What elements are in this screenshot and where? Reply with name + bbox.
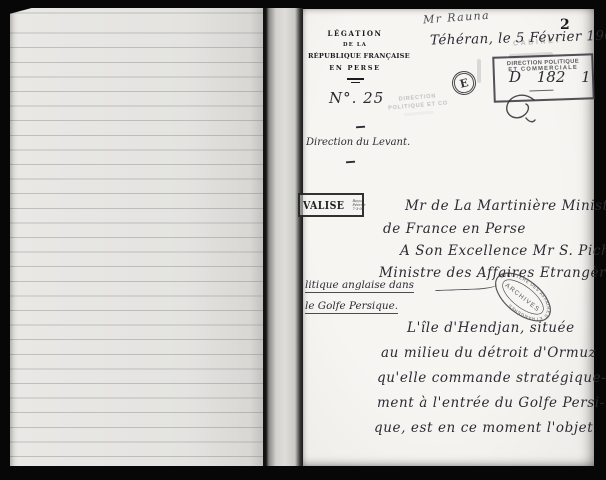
circled-e-stamp: E (449, 68, 478, 97)
letterhead-title: LÉGATION (308, 29, 402, 38)
letter-page: Mr Rauna 2 Téhéran, le 5 Février 1908 LÉ… (303, 9, 594, 466)
direction-ghost-stamp: DIRECTION POLITIQUE ET CO (387, 91, 449, 117)
margin-subject-line1: litique anglaise dans (305, 279, 414, 293)
book-gutter (263, 8, 303, 466)
service-note: Direction du Levant. (306, 137, 410, 148)
document-number: N°. 25 (329, 89, 384, 107)
manuscript-underline (529, 90, 553, 92)
letterhead-rule (347, 78, 364, 80)
letterhead-line3: RÉPUBLIQUE FRANÇAISE (308, 52, 402, 60)
scanned-letter-spread: Mr Rauna 2 Téhéran, le 5 Février 1908 LÉ… (0, 0, 606, 480)
ink-smudge (477, 59, 481, 83)
registry-manuscript-number: D 182 1 (509, 68, 591, 86)
letterhead-rule-thin (351, 82, 360, 83)
body-line2: au milieu du détroit d'Ormuz (381, 345, 596, 361)
body-line5: que, est en ce moment l'objet (374, 420, 593, 436)
blank-ruled-page (10, 8, 263, 466)
body-line3: qu'elle commande stratégique- (377, 370, 606, 386)
valise-manuscript-notes: Reçu Février 7-3-08 (353, 199, 366, 212)
circled-e-letter: E (452, 71, 475, 94)
handwritten-tick (346, 161, 355, 163)
body-line1: L'île d'Hendjan, située (407, 320, 575, 336)
letterhead-line4: EN PERSE (308, 64, 402, 72)
valise-stamp: VALISE Reçu Février 7-3-08 (298, 193, 364, 217)
margin-subject-line2: le Golfe Persique. (305, 300, 398, 314)
valise-note3: 7-3-08 (353, 207, 366, 211)
paraph-flourish (503, 94, 537, 126)
body-line4: ment à l'entrée du Golfe Persi- (377, 395, 605, 411)
address-line1: Mr de La Martinière Ministre (405, 198, 606, 214)
letterhead: LÉGATION DE LA RÉPUBLIQUE FRANÇAISE EN P… (308, 29, 402, 83)
address-line2: de France en Perse (383, 221, 526, 237)
pencil-name-annotation: Mr Rauna (423, 9, 491, 27)
handwritten-tick (356, 126, 365, 128)
ink-smudge (404, 111, 434, 117)
valise-label: VALISE (303, 198, 344, 212)
letterhead-line2: DE LA (308, 42, 402, 48)
